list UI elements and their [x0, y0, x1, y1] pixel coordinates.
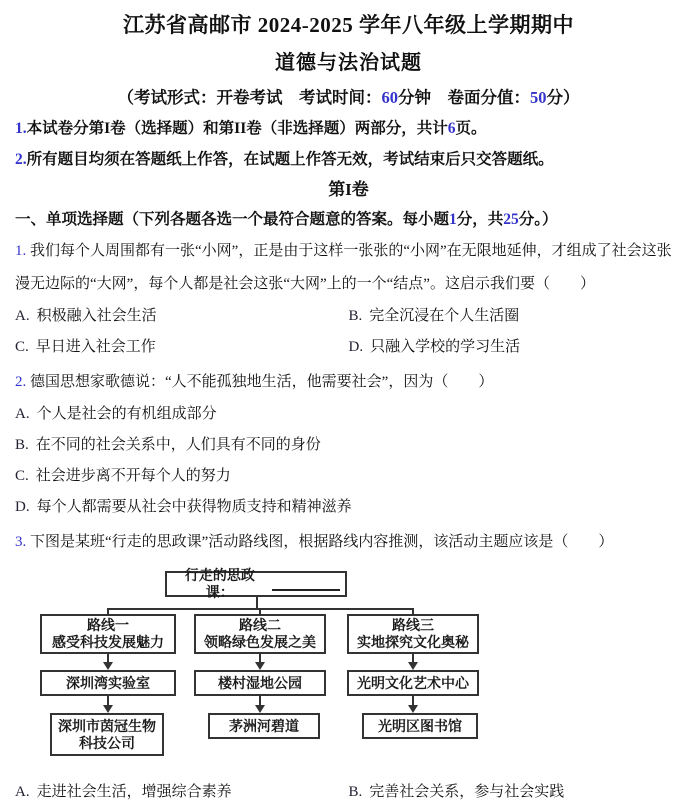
option-q2-a-text: 个人是社会的有机组成部分 [37, 399, 217, 430]
exam-info-post: 分） [547, 88, 580, 107]
option-q2-d: D.每个人都需要从社会中获得物质支持和精神滋养 [15, 492, 682, 523]
route-1-box: 路线一 感受科技发展魅力 [40, 614, 176, 654]
route-2-box: 路线二 领略绿色发展之美 [194, 614, 326, 654]
exam-title-line2: 道德与法治试题 [15, 50, 682, 76]
route-3-box: 路线三 实地探究文化奥秘 [347, 614, 479, 654]
option-q1-b-label: B. [349, 301, 363, 332]
route-2-title: 路线二 [239, 617, 281, 634]
part-title: 第I卷 [15, 178, 682, 202]
option-q1-a: A.积极融入社会生活 [15, 301, 349, 332]
arrow-2a-head [255, 662, 265, 670]
notice-2: 2.所有题目均须在答题纸上作答，在试题上作答无效，考试结束后只交答题纸。 [15, 148, 682, 172]
blank-underline [272, 577, 340, 591]
stop2-1-label: 深圳市茵冠生物科技公司 [57, 718, 157, 752]
flowchart-root-label: 行走的思政课： [172, 567, 268, 601]
option-q2-c: C.社会进步离不开每个人的努力 [15, 461, 682, 492]
stop1-3-box: 光明文化艺术中心 [347, 670, 479, 696]
mc-total-score: 25 [503, 211, 519, 228]
route-flowchart: 行走的思政课： 路线一 感受科技发展魅力 路线二 领略绿色发展之美 路线三 实地… [15, 567, 682, 763]
stop1-3-label: 光明文化艺术中心 [357, 675, 469, 692]
notice-1-text-b: 页。 [455, 120, 486, 137]
option-q1-b: B.完全沉浸在个人生活圈 [349, 301, 683, 332]
mc-section-heading: 一、单项选择题（下列各题各选一个最符合题意的答案。每小题1分，共25分。） [15, 208, 682, 232]
question-1-stem: 我们每个人周围都有一张“小网”，正是由于这样一张张的“小网”在无限地延伸，才组成… [15, 243, 672, 292]
option-q3-a: A.走进社会生活，增强综合素养 [15, 777, 349, 806]
option-q2-c-text: 社会进步离不开每个人的努力 [36, 461, 231, 492]
stop1-1-box: 深圳湾实验室 [40, 670, 176, 696]
exam-score: 50 [530, 88, 547, 107]
question-1-options-row-2: C.早日进入社会工作 D.只融入学校的学习生活 [15, 332, 682, 363]
arrow-3b-head [408, 705, 418, 713]
notice-2-text: 所有题目均须在答题纸上作答，在试题上作答无效，考试结束后只交答题纸。 [27, 151, 554, 168]
option-q2-a: A.个人是社会的有机组成部分 [15, 399, 682, 430]
stop1-2-box: 楼村湿地公园 [194, 670, 326, 696]
question-3-stem: 下图是某班“行走的思政课”活动路线图，根据路线内容推测，该活动主题应该是（ ） [30, 534, 613, 550]
question-1-text: 1. 我们每个人周围都有一张“小网”，正是由于这样一张张的“小网”在无限地延伸，… [15, 235, 682, 301]
stop1-2-label: 楼村湿地公园 [218, 675, 302, 692]
option-q2-d-label: D. [15, 492, 30, 523]
arrow-1a-head [103, 662, 113, 670]
option-q3-b-label: B. [349, 777, 363, 806]
option-q2-a-label: A. [15, 399, 30, 430]
exam-paper-page: 江苏省高邮市 2024-2025 学年八年级上学期期中 道德与法治试题 （考试形… [0, 0, 697, 806]
route-3-title: 路线三 [392, 617, 434, 634]
route-2-theme: 领略绿色发展之美 [204, 634, 316, 651]
mc-heading-pre: 一、单项选择题（下列各题各选一个最符合题意的答案。每小题 [15, 211, 449, 228]
question-3-text: 3. 下图是某班“行走的思政课”活动路线图，根据路线内容推测，该活动主题应该是（… [15, 526, 682, 559]
notice-1-number: 1. [15, 120, 27, 137]
arrow-1b-head [103, 705, 113, 713]
option-q1-a-text: 积极融入社会生活 [37, 301, 157, 332]
exam-info-mid: 分钟 卷面分值： [398, 88, 530, 107]
exam-info-pre: （考试形式：开卷考试 考试时间： [118, 88, 382, 107]
option-q1-d-text: 只融入学校的学习生活 [370, 332, 520, 363]
question-3-number: 3. [15, 534, 26, 550]
option-q3-b: B.完善社会关系，参与社会实践 [349, 777, 683, 806]
route-1-theme: 感受科技发展魅力 [52, 634, 164, 651]
exam-minutes: 60 [382, 88, 399, 107]
question-2-stem: 德国思想家歌德说：“人不能孤独地生活，他需要社会”，因为（ ） [30, 374, 493, 390]
option-q1-d: D.只融入学校的学习生活 [349, 332, 683, 363]
option-q1-a-label: A. [15, 301, 30, 332]
option-q2-d-text: 每个人都需要从社会中获得物质支持和精神滋养 [37, 492, 352, 523]
notice-1: 1.本试卷分第I卷（选择题）和第II卷（非选择题）两部分，共计6页。 [15, 117, 682, 141]
notice-1-text-a: 本试卷分第I卷（选择题）和第II卷（非选择题）两部分，共计 [27, 120, 448, 137]
stop1-1-label: 深圳湾实验室 [66, 675, 150, 692]
option-q2-b-label: B. [15, 430, 29, 461]
option-q2-b-text: 在不同的社会关系中，人们具有不同的身份 [36, 430, 321, 461]
question-3-options-row: A.走进社会生活，增强综合素养 B.完善社会关系，参与社会实践 [15, 777, 682, 806]
option-q1-c-label: C. [15, 332, 29, 363]
question-2-number: 2. [15, 374, 26, 390]
option-q2-c-label: C. [15, 461, 29, 492]
exam-info-line: （考试形式：开卷考试 考试时间：60分钟 卷面分值：50分） [15, 86, 682, 110]
option-q3-b-text: 完善社会关系，参与社会实践 [369, 777, 564, 806]
stop2-2-label: 茅洲河碧道 [229, 718, 299, 735]
question-1-number: 1. [15, 243, 26, 259]
arrow-3a-head [408, 662, 418, 670]
stop2-2-box: 茅洲河碧道 [208, 713, 320, 739]
option-q2-b: B.在不同的社会关系中，人们具有不同的身份 [15, 430, 682, 461]
option-q1-d-label: D. [349, 332, 364, 363]
route-3-theme: 实地探究文化奥秘 [357, 634, 469, 651]
option-q1-c-text: 早日进入社会工作 [36, 332, 156, 363]
mc-per-question-score: 1 [449, 211, 457, 228]
option-q1-b-text: 完全沉浸在个人生活圈 [369, 301, 519, 332]
route-1-title: 路线一 [87, 617, 129, 634]
stop2-3-label: 光明区图书馆 [378, 718, 462, 735]
notice-2-number: 2. [15, 151, 27, 168]
arrow-2b-head [255, 705, 265, 713]
question-1-options-row-1: A.积极融入社会生活 B.完全沉浸在个人生活圈 [15, 301, 682, 332]
stop2-1-box: 深圳市茵冠生物科技公司 [50, 713, 164, 756]
exam-title-line1: 江苏省高邮市 2024-2025 学年八年级上学期期中 [15, 12, 682, 38]
flowchart-root-box: 行走的思政课： [165, 571, 347, 597]
option-q1-c: C.早日进入社会工作 [15, 332, 349, 363]
question-2-text: 2. 德国思想家歌德说：“人不能孤独地生活，他需要社会”，因为（ ） [15, 366, 682, 399]
mc-heading-post: 分。） [519, 211, 558, 228]
stop2-3-box: 光明区图书馆 [362, 713, 478, 739]
mc-heading-mid: 分，共 [457, 211, 504, 228]
option-q3-a-text: 走进社会生活，增强综合素养 [37, 777, 232, 806]
option-q3-a-label: A. [15, 777, 30, 806]
